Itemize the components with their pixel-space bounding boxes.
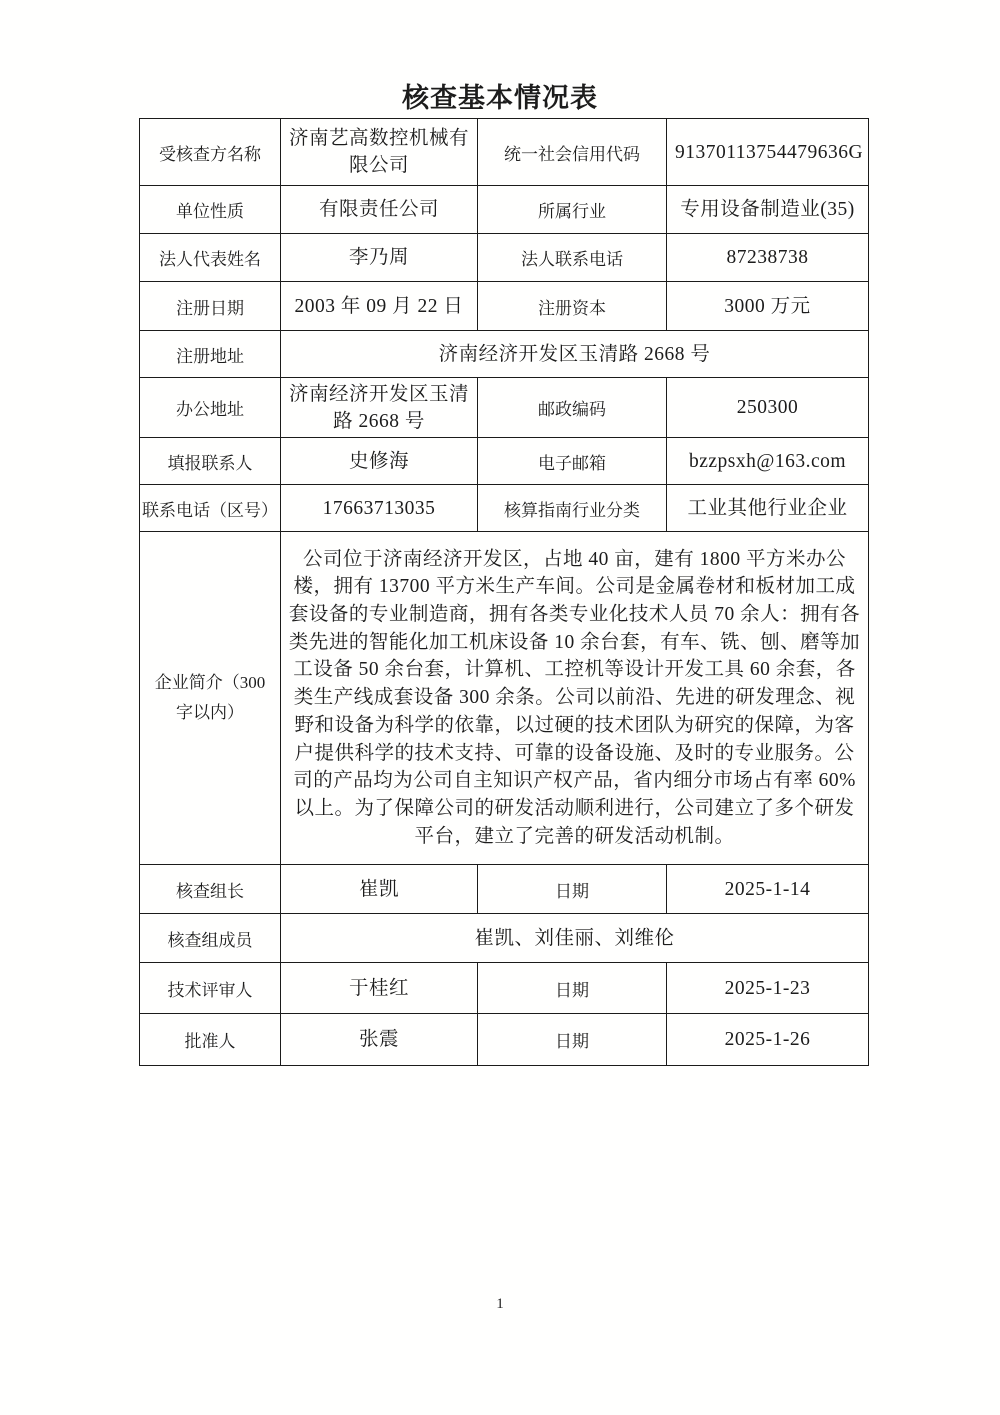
value-unit-type: 有限责任公司 (281, 186, 478, 234)
table-row: 注册日期 2003 年 09 月 22 日 注册资本 3000 万元 (140, 282, 869, 331)
label-industry: 所属行业 (478, 186, 667, 234)
value-verification-team-members: 崔凯、刘佳丽、刘维伦 (281, 914, 869, 963)
value-office-address: 济南经济开发区玉清路 2668 号 (281, 378, 478, 438)
value-contact-phone: 17663713035 (281, 485, 478, 532)
table-row: 单位性质 有限责任公司 所属行业 专用设备制造业(35) (140, 186, 869, 234)
label-unit-type: 单位性质 (140, 186, 281, 234)
label-legal-rep-phone: 法人联系电话 (478, 234, 667, 282)
label-registered-address: 注册地址 (140, 331, 281, 378)
value-company-profile: 公司位于济南经济开发区，占地 40 亩，建有 1800 平方米办公楼，拥有 13… (281, 532, 869, 865)
value-registered-address: 济南经济开发区玉清路 2668 号 (281, 331, 869, 378)
label-legal-rep-name: 法人代表姓名 (140, 234, 281, 282)
value-inspected-party-name: 济南艺高数控机械有限公司 (281, 119, 478, 186)
value-legal-rep-phone: 87238738 (667, 234, 869, 282)
label-verification-team-members: 核查组成员 (140, 914, 281, 963)
value-legal-rep-name: 李乃周 (281, 234, 478, 282)
table-row: 企业简介（300 字以内） 公司位于济南经济开发区，占地 40 亩，建有 180… (140, 532, 869, 865)
label-credit-code: 统一社会信用代码 (478, 119, 667, 186)
label-postal-code: 邮政编码 (478, 378, 667, 438)
value-approver-date: 2025-1-26 (667, 1014, 869, 1066)
document-page: 核查基本情况表 受核查方名称 济南艺高数控机械有限公司 统一社会信用代码 913… (0, 0, 1000, 1415)
label-contact-phone: 联系电话（区号） (140, 485, 281, 532)
label-company-profile: 企业简介（300 字以内） (140, 532, 281, 865)
table-row: 填报联系人 史修海 电子邮箱 bzzpsxh@163.com (140, 438, 869, 485)
label-leader-date: 日期 (478, 865, 667, 914)
value-industry: 专用设备制造业(35) (667, 186, 869, 234)
value-email: bzzpsxh@163.com (667, 438, 869, 485)
value-approver: 张震 (281, 1014, 478, 1066)
label-email: 电子邮箱 (478, 438, 667, 485)
label-office-address: 办公地址 (140, 378, 281, 438)
table-row: 注册地址 济南经济开发区玉清路 2668 号 (140, 331, 869, 378)
value-registration-date: 2003 年 09 月 22 日 (281, 282, 478, 331)
label-registration-date: 注册日期 (140, 282, 281, 331)
value-reviewer-date: 2025-1-23 (667, 963, 869, 1014)
table-row: 受核查方名称 济南艺高数控机械有限公司 统一社会信用代码 91370113754… (140, 119, 869, 186)
table-row: 批准人 张震 日期 2025-1-26 (140, 1014, 869, 1066)
label-accounting-guide-industry: 核算指南行业分类 (478, 485, 667, 532)
table-row: 联系电话（区号） 17663713035 核算指南行业分类 工业其他行业企业 (140, 485, 869, 532)
value-postal-code: 250300 (667, 378, 869, 438)
page-number: 1 (0, 1296, 1000, 1313)
label-approver-date: 日期 (478, 1014, 667, 1066)
label-verification-leader: 核查组长 (140, 865, 281, 914)
table-row: 核查组长 崔凯 日期 2025-1-14 (140, 865, 869, 914)
table-row: 核查组成员 崔凯、刘佳丽、刘维伦 (140, 914, 869, 963)
label-reviewer-date: 日期 (478, 963, 667, 1014)
table-row: 技术评审人 于桂红 日期 2025-1-23 (140, 963, 869, 1014)
value-accounting-guide-industry: 工业其他行业企业 (667, 485, 869, 532)
value-verification-leader: 崔凯 (281, 865, 478, 914)
label-approver: 批准人 (140, 1014, 281, 1066)
value-report-contact: 史修海 (281, 438, 478, 485)
label-inspected-party-name: 受核查方名称 (140, 119, 281, 186)
value-leader-date: 2025-1-14 (667, 865, 869, 914)
page-title: 核查基本情况表 (0, 76, 1000, 115)
label-report-contact: 填报联系人 (140, 438, 281, 485)
table-row: 办公地址 济南经济开发区玉清路 2668 号 邮政编码 250300 (140, 378, 869, 438)
verification-info-table: 受核查方名称 济南艺高数控机械有限公司 统一社会信用代码 91370113754… (139, 118, 869, 1066)
value-technical-reviewer: 于桂红 (281, 963, 478, 1014)
value-credit-code: 91370113754479636G (667, 119, 869, 186)
value-registered-capital: 3000 万元 (667, 282, 869, 331)
label-registered-capital: 注册资本 (478, 282, 667, 331)
table-row: 法人代表姓名 李乃周 法人联系电话 87238738 (140, 234, 869, 282)
label-technical-reviewer: 技术评审人 (140, 963, 281, 1014)
